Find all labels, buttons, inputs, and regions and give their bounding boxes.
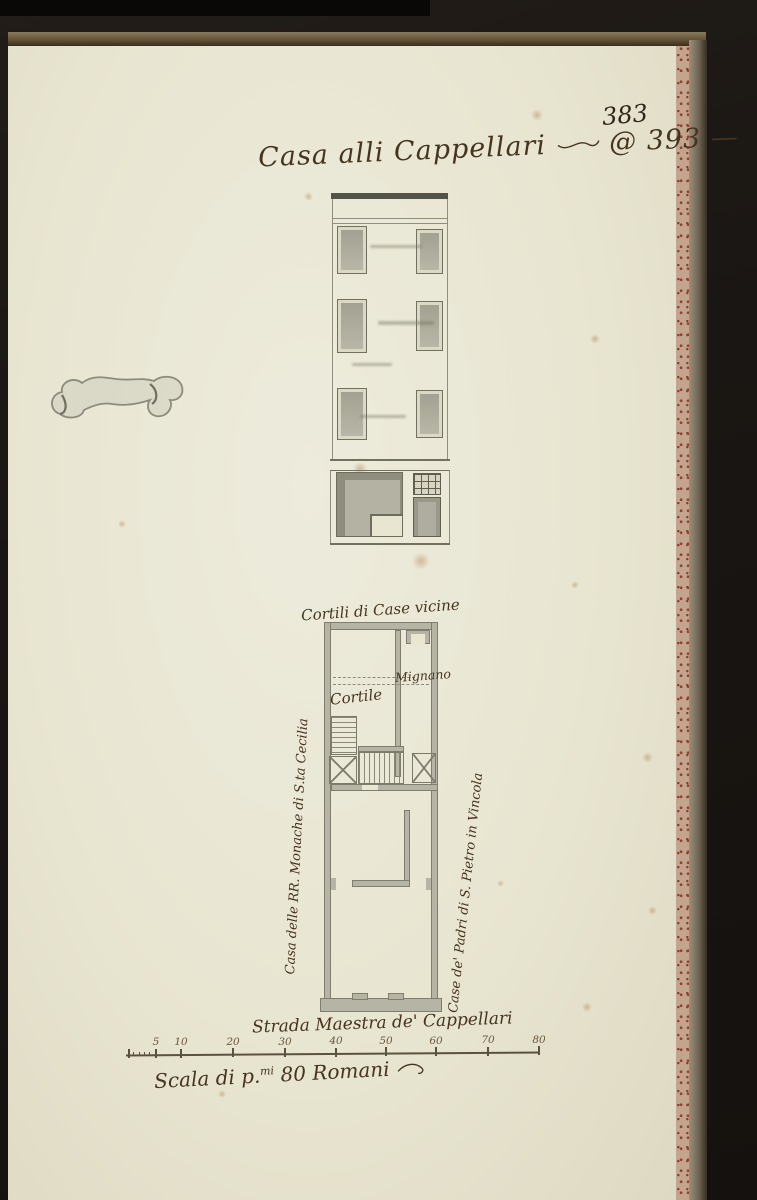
elevation-base-line: [330, 543, 450, 545]
transom-grille: [413, 473, 441, 495]
foxing-spot: [531, 109, 543, 121]
scale-tick: [335, 1048, 337, 1057]
plan-stairwell-cross-left: [329, 756, 357, 784]
plan-door-pier: [388, 993, 404, 1000]
foxing-spot: [582, 1002, 592, 1012]
foxing-spot: [648, 906, 657, 915]
plan-door-opening: [362, 785, 378, 790]
window-glass: [341, 303, 363, 349]
scale-tick: [487, 1047, 489, 1056]
foxing-spot: [497, 880, 504, 887]
scale-tick-label: 5: [147, 1036, 165, 1048]
book-page-stack-edge: [689, 40, 707, 1200]
plan-door-pier: [352, 993, 368, 1000]
scale-tick-label: 70: [479, 1034, 497, 1046]
foxing-spot: [118, 520, 126, 528]
window: [337, 299, 367, 353]
title-annotation: @ 393 —: [608, 122, 739, 159]
pencil-smudge: [378, 321, 434, 325]
scale-tick: [155, 1049, 157, 1058]
scale-tick-label: 20: [224, 1036, 242, 1048]
scale-tick: [435, 1047, 437, 1056]
scale-tick: [128, 1049, 130, 1058]
window-glass: [420, 394, 439, 434]
foxing-spot: [571, 581, 579, 589]
plan-pilaster-right: [426, 878, 431, 890]
plan-stair-left-flight: [331, 716, 357, 755]
plan-partition-vertical: [404, 810, 410, 887]
pencil-smudge: [370, 245, 422, 248]
plan-partition-horizontal: [352, 880, 410, 887]
scale-tick-label: 40: [327, 1035, 345, 1047]
building-elevation-drawing: [330, 193, 450, 546]
window-glass: [341, 230, 363, 270]
scale-tick-label: 30: [276, 1036, 294, 1048]
scale-tick-label: 80: [530, 1034, 548, 1046]
elevation-floor-band: [330, 459, 450, 471]
title-flourish: [555, 136, 600, 156]
foxing-spot: [218, 1090, 226, 1098]
window-glass: [341, 392, 363, 436]
elevation-frieze-band: [332, 199, 448, 219]
scale-tick: [180, 1049, 182, 1058]
plan-pilaster-left: [331, 878, 336, 890]
door-panel-inner: [418, 502, 436, 536]
foxing-spot: [590, 334, 600, 344]
caption-flourish: [395, 1060, 426, 1078]
scale-tick-label: 60: [427, 1035, 445, 1047]
scale-tick-minor: [139, 1052, 140, 1056]
scale-tick: [385, 1047, 387, 1056]
plan-stair-main-flight: [358, 752, 404, 784]
window-glass: [420, 233, 439, 270]
plan-stair-zone-wall: [331, 784, 438, 791]
pencil-smudge: [352, 363, 392, 366]
shop-opening: [336, 472, 403, 537]
scale-tick-label: 10: [172, 1036, 190, 1048]
entrance-door-unit: [413, 473, 441, 537]
plan-stairwell-cross-right: [412, 753, 436, 783]
window: [416, 229, 443, 274]
scale-tick-minor: [149, 1052, 150, 1056]
scale-tick: [232, 1048, 234, 1057]
foxing-spot: [642, 752, 653, 763]
scale-tick: [284, 1048, 286, 1057]
shop-opening-step: [370, 514, 402, 536]
scale-tick: [538, 1046, 540, 1055]
scale-tick-minor: [133, 1052, 134, 1056]
plan-wall-left: [324, 622, 331, 1012]
scale-bar-line: [126, 1052, 540, 1057]
window: [416, 301, 443, 351]
plan-wall-street-front: [320, 998, 442, 1012]
scale-tick-label: 50: [377, 1035, 395, 1047]
window: [337, 388, 367, 440]
pencil-scroll-doodle: [38, 362, 200, 450]
scale-caption-superscript: mi: [260, 1064, 275, 1078]
scale-tick-minor: [144, 1052, 145, 1056]
window-glass: [420, 305, 439, 347]
manuscript-photo: 383 Casa alli Cappellari @ 393 —: [0, 0, 757, 1200]
foxing-spot: [412, 552, 430, 570]
door-panel: [413, 497, 441, 537]
window: [416, 390, 443, 438]
window: [337, 226, 367, 274]
plan-wall-top: [324, 622, 438, 630]
foxing-spot: [304, 192, 313, 201]
pencil-smudge: [360, 415, 406, 418]
background-shadow: [0, 0, 430, 16]
plan-nook-void: [411, 634, 425, 644]
